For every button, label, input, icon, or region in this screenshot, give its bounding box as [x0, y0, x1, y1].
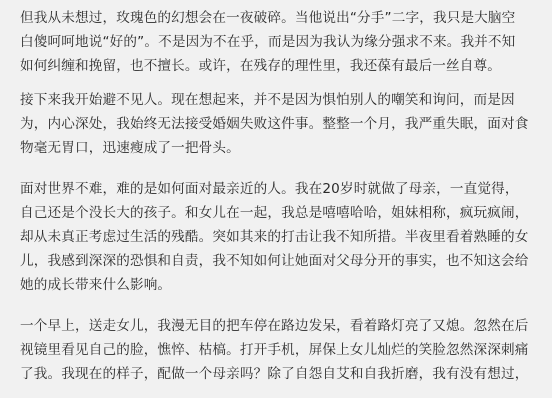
text-line: 物毫无胃口，迅速瘦成了一把骨头。 [20, 140, 550, 156]
text-line: 视镜里看见自己的脸，憔悴、枯槁。打开手机，屏保上女儿灿烂的笑脸忽然深深刺痛 [20, 342, 550, 358]
text-line: 了我。我现在的样子，配做一个母亲吗？除了自怨自艾和自我折磨，我有没有想过， [20, 366, 550, 382]
text-line: 但我从未想过，玫瑰色的幻想会在一夜破碎。当他说出“分手”二字，我只是大脑空 [20, 10, 550, 26]
text-line: 一个早上，送走女儿，我漫无目的把车停在路边发呆，看着路灯亮了又熄。忽然在后 [20, 318, 550, 334]
text-line: 自己还是个没长大的孩子。和女儿在一起，我总是嘻嘻哈哈，姐妹相称，疯玩疯闹， [20, 205, 550, 221]
text-line: 为，内心深处，我始终无法接受婚姻失败这件事。整整一个月，我严重失眠，面对食 [20, 116, 550, 132]
text-line: 她的成长带来什么影响。 [20, 277, 550, 293]
text-line: 如何纠缠和挽留，也不擅长。或许，在残存的理性里，我还葆有最后一丝自尊。 [20, 58, 550, 74]
text-line: 面对世界不难，难的是如何面对最亲近的人。我在20岁时就做了母亲，一直觉得， [20, 181, 550, 197]
text-line: 却从未真正考虑过生活的残酷。突如其来的打击让我不知所措。半夜里看着熟睡的女 [20, 229, 550, 245]
text-line: 儿，我感到深深的恐惧和自责，我不知如何让她面对父母分开的事实，也不知这会给 [20, 253, 550, 269]
article-body: 但我从未想过，玫瑰色的幻想会在一夜破碎。当他说出“分手”二字，我只是大脑空 白傻… [0, 0, 552, 398]
text-line: 白傻呵呵地说“好的”。不是因为不在乎，而是因为我认为缘分强求不来。我并不知 [20, 34, 550, 50]
text-line: 接下来我开始避不见人。现在想起来，并不是因为惧怕别人的嘲笑和询问，而是因 [20, 92, 550, 108]
